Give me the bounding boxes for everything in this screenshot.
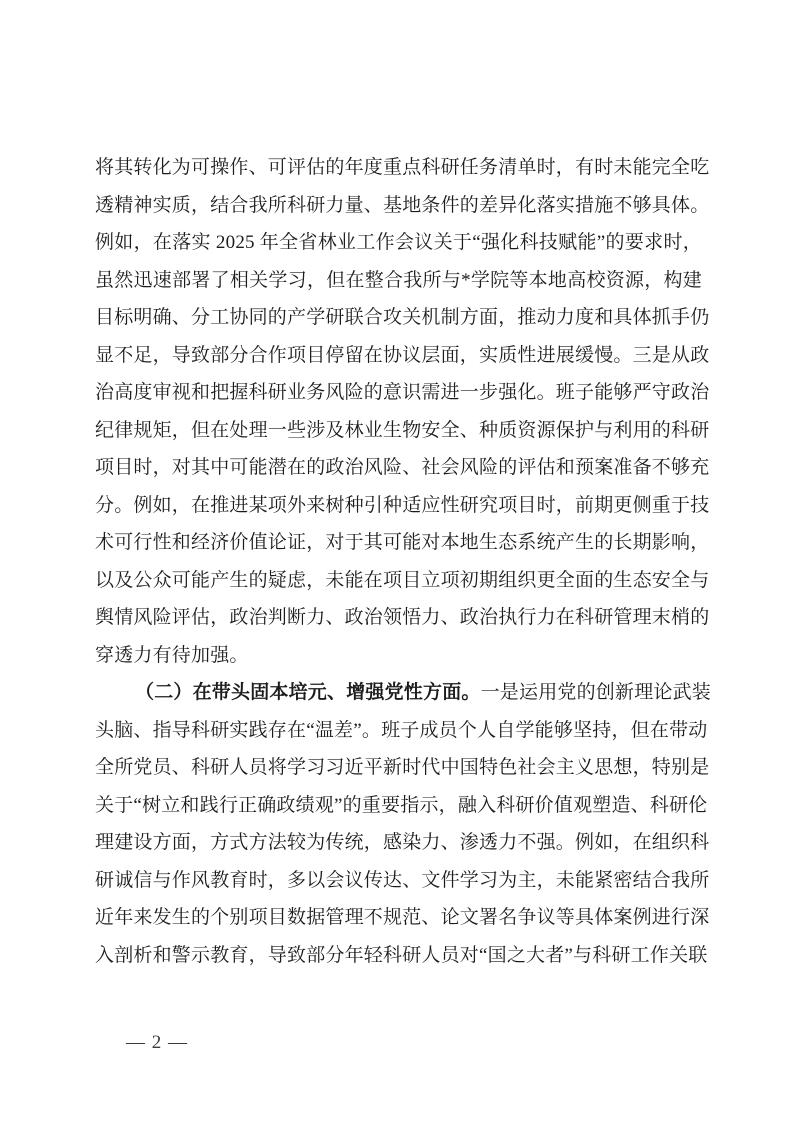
text-line: 纪律规矩，但在处理一些涉及林业生物安全、种质资源保护与利用的科研 xyxy=(95,412,702,450)
body-text: 项目时，对其中可能潜在的政治风险、社会风险的评估和预案准备不够充 xyxy=(95,457,709,478)
text-line: 入剖析和警示教育，导致部分年轻科研人员对“国之大者”与科研工作关联 xyxy=(95,937,702,975)
body-text: 舆情风险评估，政治判断力、政治领悟力、政治执行力在科研管理末梢的 xyxy=(95,607,709,628)
body-text: 虽然迅速部署了相关学习，但在整合我所与*学院等本地高校资源，构建 xyxy=(95,270,702,291)
text-line: 研诚信与作风教育时，多以会议传达、文件学习为主，未能紧密结合我所 xyxy=(95,862,702,900)
text-block: 将其转化为可操作、可评估的年度重点科研任务清单时，有时未能完全吃透精神实质，结合… xyxy=(95,149,702,974)
body-text: 理建设方面，方式方法较为传统，感染力、渗透力不强。例如，在组织科 xyxy=(95,832,709,853)
body-text: 纪律规矩，但在处理一些涉及林业生物安全、种质资源保护与利用的科研 xyxy=(95,420,709,441)
text-line: 透精神实质，结合我所科研力量、基地条件的差异化落实措施不够具体。 xyxy=(95,187,702,225)
document-page: 将其转化为可操作、可评估的年度重点科研任务清单时，有时未能完全吃透精神实质，结合… xyxy=(0,0,793,1122)
text-line: 分。例如，在推进某项外来树种引种适应性研究项目时，前期更侧重于技 xyxy=(95,487,702,525)
body-text: 研诚信与作风教育时，多以会议传达、文件学习为主，未能紧密结合我所 xyxy=(95,870,709,891)
text-line: 关于“树立和践行正确政绩观”的重要指示，融入科研价值观塑造、科研伦 xyxy=(95,787,702,825)
text-line: 舆情风险评估，政治判断力、政治领悟力、政治执行力在科研管理末梢的 xyxy=(95,599,702,637)
text-line: （二）在带头固本培元、增强党性方面。一是运用党的创新理论武装 xyxy=(95,674,702,712)
body-text: 例如，在落实 2025 年全省林业工作会议关于“强化科技赋能”的要求时， xyxy=(95,232,702,253)
body-text: 将其转化为可操作、可评估的年度重点科研任务清单时，有时未能完全吃 xyxy=(95,157,709,178)
body-text: 分。例如，在推进某项外来树种引种适应性研究项目时，前期更侧重于技 xyxy=(95,495,709,516)
body-text: 一是运用党的创新理论武装 xyxy=(481,682,711,703)
text-line: 穿透力有待加强。 xyxy=(95,637,702,675)
body-text: 全所党员、科研人员将学习习近平新时代中国特色社会主义思想，特别是 xyxy=(95,757,709,778)
body-text: 关于“树立和践行正确政绩观”的重要指示，融入科研价值观塑造、科研伦 xyxy=(95,795,707,816)
body-text: 透精神实质，结合我所科研力量、基地条件的差异化落实措施不够具体。 xyxy=(95,195,709,216)
text-line: 理建设方面，方式方法较为传统，感染力、渗透力不强。例如，在组织科 xyxy=(95,824,702,862)
text-line: 以及公众可能产生的疑虑，未能在项目立项初期组织更全面的生态安全与 xyxy=(95,562,702,600)
text-line: 近年来发生的个别项目数据管理不规范、论文署名争议等具体案例进行深 xyxy=(95,899,702,937)
text-line: 头脑、指导科研实践存在“温差”。班子成员个人自学能够坚持，但在带动 xyxy=(95,712,702,750)
body-text: 近年来发生的个别项目数据管理不规范、论文署名争议等具体案例进行深 xyxy=(95,907,709,928)
text-line: 显不足，导致部分合作项目停留在协议层面，实质性进展缓慢。三是从政 xyxy=(95,337,702,375)
body-text: 穿透力有待加强。 xyxy=(95,645,249,666)
page-number: — 2 — xyxy=(126,1032,188,1053)
section-heading-text: （二）在带头固本培元、增强党性方面。 xyxy=(135,682,481,703)
body-text: 入剖析和警示教育，导致部分年轻科研人员对“国之大者”与科研工作关联 xyxy=(95,945,707,966)
text-line: 将其转化为可操作、可评估的年度重点科研任务清单时，有时未能完全吃 xyxy=(95,149,702,187)
body-text: 显不足，导致部分合作项目停留在协议层面，实质性进展缓慢。三是从政 xyxy=(95,345,709,366)
text-line: 项目时，对其中可能潜在的政治风险、社会风险的评估和预案准备不够充 xyxy=(95,449,702,487)
text-line: 全所党员、科研人员将学习习近平新时代中国特色社会主义思想，特别是 xyxy=(95,749,702,787)
text-line: 虽然迅速部署了相关学习，但在整合我所与*学院等本地高校资源，构建 xyxy=(95,262,702,300)
body-text: 目标明确、分工协同的产学研联合攻关机制方面，推动力度和具体抓手仍 xyxy=(95,307,709,328)
text-line: 术可行性和经济价值论证，对于其可能对本地生态系统产生的长期影响， xyxy=(95,524,702,562)
text-line: 目标明确、分工协同的产学研联合攻关机制方面，推动力度和具体抓手仍 xyxy=(95,299,702,337)
body-text: 治高度审视和把握科研业务风险的意识需进一步强化。班子能够严守政治 xyxy=(95,382,709,403)
text-line: 治高度审视和把握科研业务风险的意识需进一步强化。班子能够严守政治 xyxy=(95,374,702,412)
body-text: 以及公众可能产生的疑虑，未能在项目立项初期组织更全面的生态安全与 xyxy=(95,570,709,591)
page-footer: — 2 — xyxy=(126,1029,188,1057)
body-text: 术可行性和经济价值论证，对于其可能对本地生态系统产生的长期影响， xyxy=(95,532,709,553)
text-line: 例如，在落实 2025 年全省林业工作会议关于“强化科技赋能”的要求时， xyxy=(95,224,702,262)
body-text: 头脑、指导科研实践存在“温差”。班子成员个人自学能够坚持，但在带动 xyxy=(95,720,707,741)
